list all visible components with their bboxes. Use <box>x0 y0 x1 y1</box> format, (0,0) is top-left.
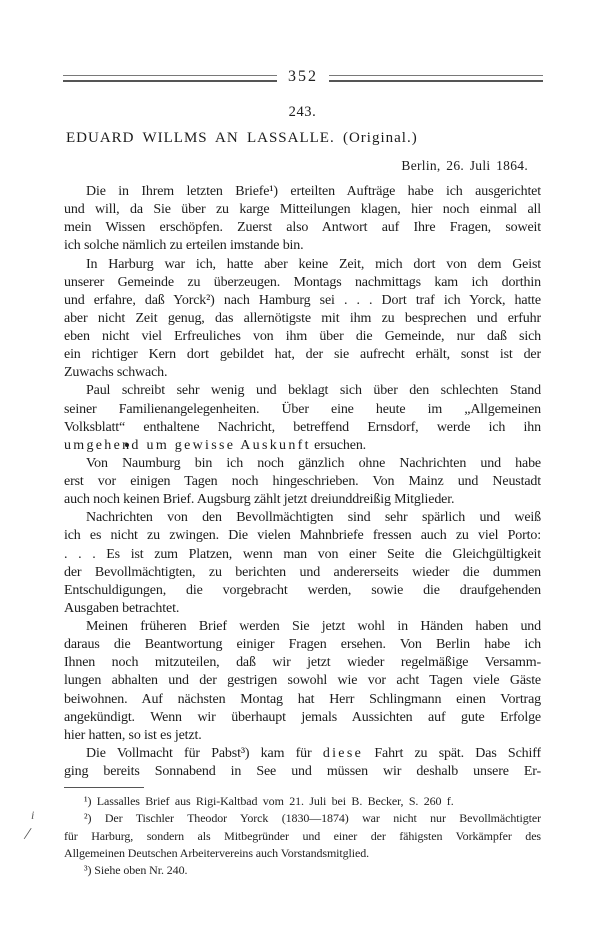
body-line: der Bevollmächtigten, zu berichten und a… <box>64 564 541 582</box>
emphasized-spaced-text: diese <box>323 746 363 761</box>
body-line: seiner Familienangelegenheiten. Über ein… <box>64 401 541 419</box>
body-line: hier hatten, so ist es jetzt. <box>64 727 541 745</box>
footnote-3: ³) Siehe oben Nr. 240. <box>64 862 541 879</box>
body-line: umgehend um gewisse Auskunft ersuchen. <box>64 437 541 455</box>
body-line: mein Wissen erschöpfen. Zuerst also Antw… <box>64 219 541 237</box>
footnote-1: ¹) Lassalles Brief aus Rigi-Kaltbad vom … <box>64 793 541 810</box>
footnote-2-line: Allgemeinen Deutschen Arbeitervereins au… <box>64 845 541 862</box>
document-number: 243. <box>64 104 541 121</box>
margin-pencil-slash: / <box>24 824 31 844</box>
body-line: ich solche nämlich zu erteilen imstande … <box>64 237 541 255</box>
body-line: Ihnen noch mitzuteilen, daß wir jetzt wi… <box>64 654 541 672</box>
body-line: Ausgaben betrachtet. <box>64 600 541 618</box>
body-line: . . . Es ist zum Platzen, wenn man von e… <box>64 546 541 564</box>
body-line: aber nicht Zeit genug, das allernötigste… <box>64 310 541 328</box>
body-line: und erfahre, daß Yorck²) nach Hamburg se… <box>64 292 541 310</box>
body-line: lungen abhalten und der gestrigen sowohl… <box>64 672 541 690</box>
body-line: eben nicht viel Erfreuliches von ihm übe… <box>64 328 541 346</box>
header-rule-right <box>329 75 543 82</box>
page-number: 352 <box>277 68 329 86</box>
footnote-separator-rule <box>64 787 144 788</box>
body-line: Entschuldigungen, die vorgebracht werden… <box>64 582 541 600</box>
body-line: Die Vollmacht für Pabst³) kam für diese … <box>64 745 541 763</box>
body-line-text: ersuchen. <box>311 438 366 453</box>
body-line: Paul schreibt sehr wenig und beklagt sic… <box>64 382 541 400</box>
body-line: Volksblatt“ enthaltene Nachricht, betref… <box>64 419 541 437</box>
body-line: Meinen früheren Brief werden Sie jetzt w… <box>64 618 541 636</box>
footnote-2-line: für Harburg, sondern als Mitbegründer un… <box>64 828 541 845</box>
book-page: 352 243. EDUARD WILLMS AN LASSALLE. (Ori… <box>0 0 600 933</box>
body-line: und will, da Sie über zu karge Mitteilun… <box>64 201 541 219</box>
body-line: In Harburg war ich, hatte aber keine Zei… <box>64 256 541 274</box>
body-line: Von Naumburg bin ich noch gänzlich ohne … <box>64 455 541 473</box>
body-line: beiwohnen. Auf nächsten Montag hat Herr … <box>64 691 541 709</box>
body-line: auch noch keinen Brief. Augsburg zählt j… <box>64 491 541 509</box>
body-line: angekündigt. Wenn wir überhaupt jemals A… <box>64 709 541 727</box>
body-line-text: Die Vollmacht für Pabst³) kam für <box>86 746 323 761</box>
body-line: Zuwachs schwach. <box>64 364 541 382</box>
ink-speck <box>125 443 129 447</box>
body-line: Die in Ihrem letzten Briefe¹) erteilten … <box>64 183 541 201</box>
letter-title: EDUARD WILLMS AN LASSALLE. (Original.) <box>66 130 418 147</box>
body-line: ich es nicht zu zwingen. Die vielen Mahn… <box>64 527 541 545</box>
emphasized-spaced-text: umgehend um gewisse Auskunft <box>64 438 311 453</box>
body-line: unserer Gemeinde zu überzeugen. Montags … <box>64 274 541 292</box>
body-line: erst vor einigen Tagen noch hingeschrieb… <box>64 473 541 491</box>
dateline: Berlin, 26. Juli 1864. <box>64 158 528 174</box>
body-line: ein richtiger Kern dort gebildet hat, de… <box>64 346 541 364</box>
header-rule-left <box>63 75 277 82</box>
margin-pencil-tick: i <box>31 808 34 823</box>
running-head: 352 <box>63 69 543 87</box>
body-line-text: Fahrt zu spät. Das Schiff <box>363 746 541 761</box>
footnotes-section: ¹) Lassalles Brief aus Rigi-Kaltbad vom … <box>64 787 541 879</box>
footnote-2-line: ²) Der Tischler Theodor Yorck (1830—1874… <box>64 810 541 827</box>
letter-body: Die in Ihrem letzten Briefe¹) erteilten … <box>64 183 541 781</box>
body-line: ging bereits Sonnabend in See und müssen… <box>64 763 541 781</box>
body-line: daraus die Beantwortung einiger Fragen e… <box>64 636 541 654</box>
body-line: Nachrichten von den Bevollmächtigten sin… <box>64 509 541 527</box>
